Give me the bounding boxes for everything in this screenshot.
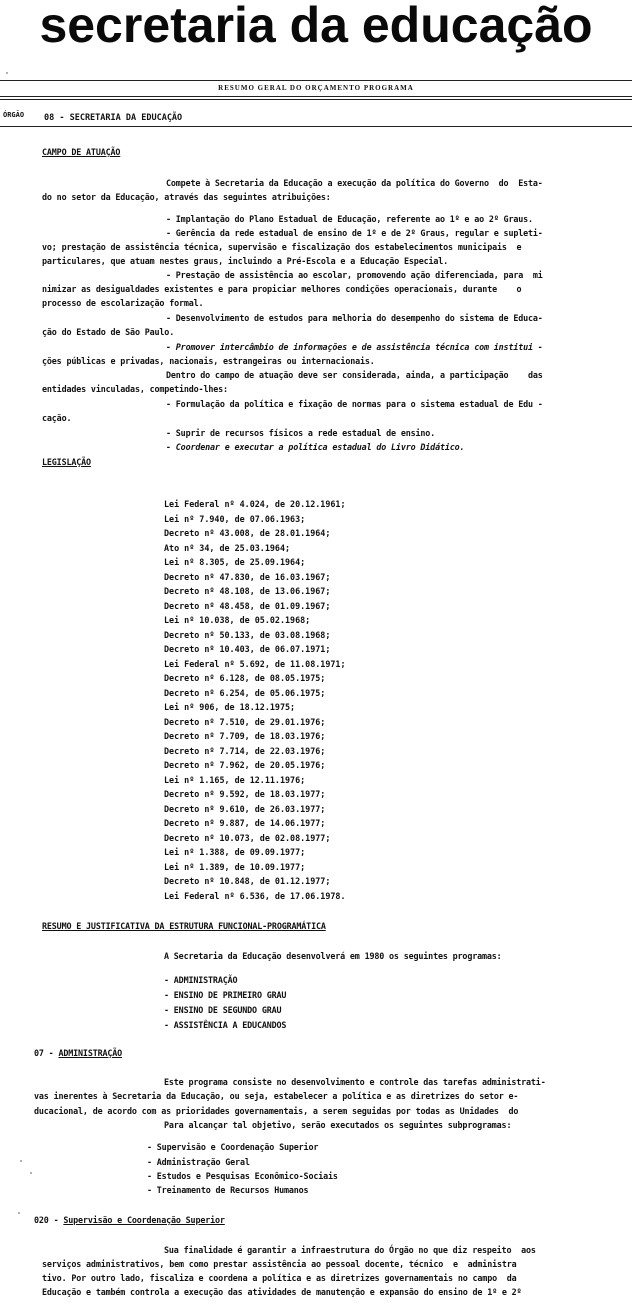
paragraph-line: - Promover intercâmbio de informações e … xyxy=(166,342,543,353)
legislation-item: Lei nº 8.305, de 25.09.1964; xyxy=(164,555,346,570)
legislation-item: Decreto nº 7.714, de 22.03.1976; xyxy=(164,744,346,759)
legislation-item: Lei Federal nº 5.692, de 11.08.1971; xyxy=(164,657,346,672)
legislation-item: Lei Federal nº 4.024, de 20.12.1961; xyxy=(164,497,346,512)
banner-title: secretaria da educação xyxy=(0,0,632,54)
section-heading-resumo: RESUMO E JUSTIFICATIVA DA ESTRUTURA FUNC… xyxy=(42,921,326,932)
scan-speck xyxy=(30,1172,32,1174)
divider xyxy=(0,96,632,97)
paragraph-line: - Gerência da rede estadual de ensino de… xyxy=(166,228,543,239)
legislation-item: Decreto nº 7.510, de 29.01.1976; xyxy=(164,715,346,730)
legislation-item: Decreto nº 7.709, de 18.03.1976; xyxy=(164,729,346,744)
paragraph-line: particulares, que atuam nestes graus, in… xyxy=(42,256,448,267)
divider xyxy=(0,99,632,100)
document-header: RESUMO GERAL DO ORÇAMENTO PROGRAMA xyxy=(0,84,632,92)
paragraph-line: - Desenvolvimento de estudos para melhor… xyxy=(166,313,543,324)
legislation-item: Decreto nº 7.962, de 20.05.1976; xyxy=(164,758,346,773)
paragraph-line: nimizar as desigualdades existentes e pa… xyxy=(42,284,521,295)
paragraph-line: vo; prestação de assistência técnica, su… xyxy=(42,242,521,253)
subprogram-title: Supervisão e Coordenação Superior xyxy=(63,1215,224,1225)
section-heading-campo: CAMPO DE ATUAÇÃO xyxy=(42,147,120,158)
legislation-item: Lei nº 906, de 18.12.1975; xyxy=(164,700,346,715)
subprogram-item: - Administração Geral xyxy=(147,1157,250,1168)
orgao-value: 08 - SECRETARIA DA EDUCAÇÃO xyxy=(44,113,182,123)
paragraph-line: Sua finalidade é garantir a infraestrutu… xyxy=(164,1245,536,1256)
legislation-item: Decreto nº 9.592, de 18.03.1977; xyxy=(164,787,346,802)
legislation-item: Lei nº 1.165, de 12.11.1976; xyxy=(164,773,346,788)
paragraph-line: - Prestação de assistência ao escolar, p… xyxy=(166,270,543,281)
paragraph-line: Compete à Secretaria da Educação a execu… xyxy=(166,178,543,189)
paragraph-line: processo de escolarização formal. xyxy=(42,298,203,309)
legislation-item: Decreto nº 6.254, de 05.06.1975; xyxy=(164,686,346,701)
paragraph-line: serviços administrativos, bem como prest… xyxy=(42,1259,517,1270)
paragraph-line: ções públicas e privadas, nacionais, est… xyxy=(42,356,375,367)
subprogram-heading-supervisao: 020 - Supervisão e Coordenação Superior xyxy=(34,1215,225,1226)
program-item: - ASSISTÊNCIA A EDUCANDOS xyxy=(164,1020,286,1031)
paragraph-line: ducacional, de acordo com as prioridades… xyxy=(34,1106,518,1117)
scan-speck xyxy=(20,1160,22,1162)
paragraph-line: do no setor da Educação, através das seg… xyxy=(42,192,331,203)
paragraph-line: - Formulação da política e fixação de no… xyxy=(166,399,543,410)
scan-speck xyxy=(6,72,8,74)
legislation-item: Decreto nº 9.887, de 14.06.1977; xyxy=(164,816,346,831)
legislation-item: Lei nº 10.038, de 05.02.1968; xyxy=(164,613,346,628)
legislation-item: Decreto nº 9.610, de 26.03.1977; xyxy=(164,802,346,817)
legislation-item: Decreto nº 48.108, de 13.06.1967; xyxy=(164,584,346,599)
program-code: 07 - xyxy=(34,1048,58,1058)
program-title: ADMINISTRAÇÃO xyxy=(58,1048,122,1058)
legislation-item: Decreto nº 47.830, de 16.03.1967; xyxy=(164,570,346,585)
paragraph-line: ção do Estado de São Paulo. xyxy=(42,327,174,338)
paragraph-line: - Implantação do Plano Estadual de Educa… xyxy=(166,214,533,225)
legislation-item: Decreto nº 10.073, de 02.08.1977; xyxy=(164,831,346,846)
legislation-item: Decreto nº 10.403, de 06.07.1971; xyxy=(164,642,346,657)
paragraph-line: tivo. Por outro lado, fiscaliza e coorde… xyxy=(42,1273,517,1284)
subprogram-code: 020 - xyxy=(34,1215,63,1225)
legislation-item: Decreto nº 43.008, de 28.01.1964; xyxy=(164,526,346,541)
subprogram-item: - Estudos e Pesquisas Econômico-Sociais xyxy=(147,1171,338,1182)
legislation-item: Lei Federal nº 6.536, de 17.06.1978. xyxy=(164,889,346,904)
legislation-item: Decreto nº 50.133, de 03.08.1968; xyxy=(164,628,346,643)
program-item: - ADMINISTRAÇÃO xyxy=(164,975,237,986)
program-item: - ENSINO DE SEGUNDO GRAU xyxy=(164,1005,281,1016)
legislation-item: Decreto nº 48.458, de 01.09.1967; xyxy=(164,599,346,614)
resumo-intro: A Secretaria da Educação desenvolverá em… xyxy=(164,951,502,962)
section-heading-legislacao: LEGISLAÇÃO xyxy=(42,457,91,468)
legislation-item: Decreto nº 6.128, de 08.05.1975; xyxy=(164,671,346,686)
legislation-list: Lei Federal nº 4.024, de 20.12.1961;Lei … xyxy=(164,497,346,903)
paragraph-line: Dentro do campo de atuação deve ser cons… xyxy=(166,370,543,381)
divider xyxy=(0,126,632,127)
paragraph-line: Este programa consiste no desenvolviment… xyxy=(164,1077,546,1088)
paragraph-line: vas inerentes à Secretaria da Educação, … xyxy=(34,1091,518,1102)
program-item: - ENSINO DE PRIMEIRO GRAU xyxy=(164,990,286,1001)
orgao-label: ÓRGÃO xyxy=(3,111,24,119)
program-heading-administracao: 07 - ADMINISTRAÇÃO xyxy=(34,1048,122,1059)
legislation-item: Lei nº 1.388, de 09.09.1977; xyxy=(164,845,346,860)
legislation-item: Ato nº 34, de 25.03.1964; xyxy=(164,541,346,556)
scan-speck xyxy=(18,1212,20,1214)
divider xyxy=(0,80,632,81)
legislation-item: Lei nº 7.940, de 07.06.1963; xyxy=(164,512,346,527)
paragraph-line: Educação e também controla a execução da… xyxy=(42,1287,521,1298)
paragraph-line: cação. xyxy=(42,413,71,424)
legislation-item: Lei nº 1.389, de 10.09.1977; xyxy=(164,860,346,875)
subprogram-item: - Treinamento de Recursos Humanos xyxy=(147,1185,308,1196)
paragraph-line: Para alcançar tal objetivo, serão execut… xyxy=(164,1120,511,1131)
paragraph-line: - Coordenar e executar a política estadu… xyxy=(166,442,464,453)
legislation-item: Decreto nº 10.848, de 01.12.1977; xyxy=(164,874,346,889)
subprogram-item: - Supervisão e Coordenação Superior xyxy=(147,1142,318,1153)
paragraph-line: - Suprir de recursos físicos a rede esta… xyxy=(166,428,435,439)
paragraph-line: entidades vinculadas, competindo-lhes: xyxy=(42,384,228,395)
